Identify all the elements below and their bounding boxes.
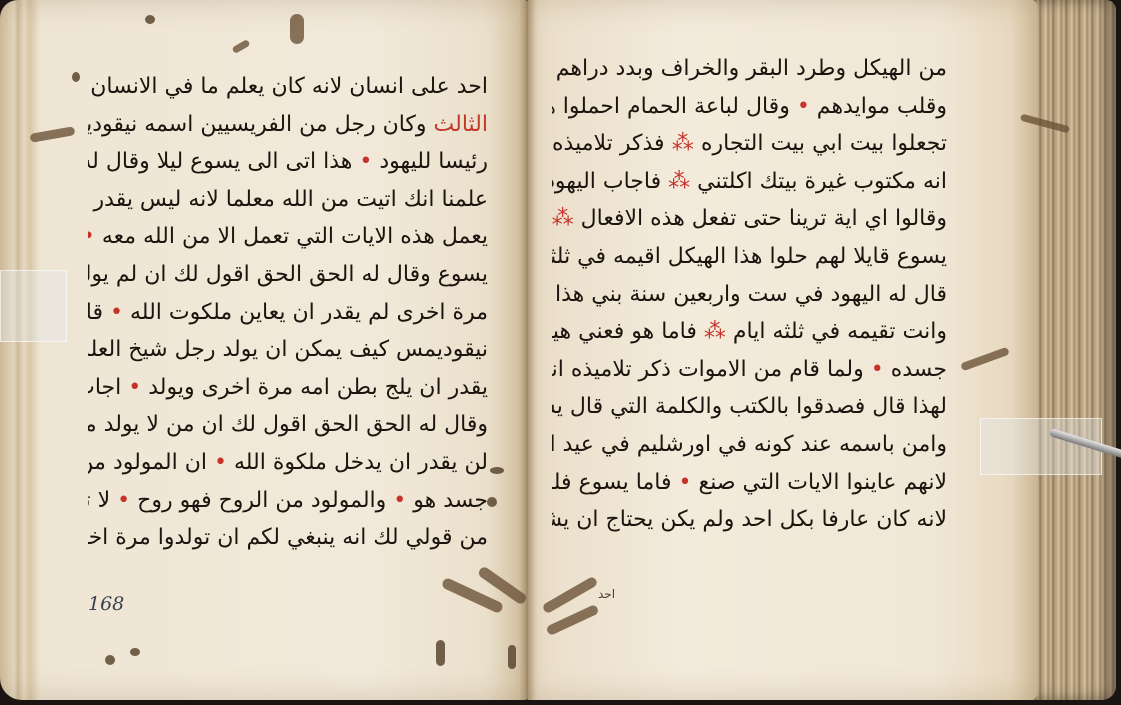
text-line: رئيسا لليهود • هذا اتى الى يسوع ليلا وقا… — [88, 143, 488, 181]
text-line: لن يقدر ان يدخل ملكوة الله • ان المولود … — [88, 444, 488, 482]
transparent-tab-left — [0, 270, 67, 342]
text-line: جسده • ولما قام من الاموات ذكر تلاميذه ا… — [552, 351, 947, 389]
wormhole — [72, 72, 80, 82]
verse-marker: • — [117, 488, 130, 513]
wormhole — [490, 467, 504, 474]
verse-marker: • — [214, 450, 227, 475]
verse-marker: ⁂ — [704, 319, 726, 344]
text-line: وانت تقيمه في ثلثه ايام ⁂ فاما هو فعني ه… — [552, 313, 947, 351]
verse-marker: • — [393, 488, 406, 513]
text-line: يسوع وقال له الحق الحق اقول لك ان لم يول… — [88, 256, 488, 294]
text-line: من الهيكل وطرد البقر والخراف وبدد دراهم … — [552, 50, 947, 88]
text-line: قال له اليهود في ست واربعين سنة بني هذا … — [552, 276, 947, 314]
verse-marker: • — [128, 375, 141, 400]
verse-marker: • — [679, 470, 692, 495]
text-line: يسوع قايلا لهم حلوا هذا الهيكل اقيمه في … — [552, 238, 947, 276]
right-page-text: من الهيكل وطرد البقر والخراف وبدد دراهم … — [552, 50, 947, 539]
verse-marker: • — [797, 94, 810, 119]
text-line: يقدر ان يلج بطن امه مرة اخرى ويولد • اجا… — [88, 369, 488, 407]
text-line: تجعلوا بيت ابي بيت التجاره ⁂ فذكر تلاميذ… — [552, 125, 947, 163]
text-line: وامن باسمه عند كونه في اورشليم في عيد ال… — [552, 426, 947, 464]
text-line: يعمل هذه الايات التي تعمل الا من الله مع… — [88, 218, 488, 256]
text-line: لانه كان عارفا بكل احد ولم يكن يحتاج ان … — [552, 501, 947, 539]
verse-marker: ⁂ — [668, 169, 690, 194]
left-page-text: احد على انسان لانه كان يعلم ما في الانسا… — [88, 68, 488, 557]
manuscript-spread: احد على انسان لانه كان يعلم ما في الانسا… — [0, 0, 1121, 705]
wormhole — [130, 648, 140, 656]
text-line: وقالوا اي اية ترينا حتى تفعل هذه الافعال… — [552, 200, 947, 238]
text-line: من قولي لك انه ينبغي لكم ان تولدوا مرة ا… — [88, 519, 488, 557]
text-line: لانهم عاينوا الايات التي صنع • فاما يسوع… — [552, 464, 947, 502]
text-line: وقلب موايدهم • وقال لباعة الحمام احملوا … — [552, 88, 947, 126]
folio-number: 168 — [88, 593, 124, 615]
verse-marker: ⁂ — [672, 131, 694, 156]
text-line: مرة اخرى لم يقدر ان يعاين ملكوت الله • ق… — [88, 294, 488, 332]
text-line: جسد هو • والمولود من الروح فهو روح • لا … — [88, 482, 488, 520]
text-line: نيقوديمس كيف يمكن ان يولد رجل شيخ العله — [88, 331, 488, 369]
text-line: انه مكتوب غيرة بيتك اكلتني ⁂ فاجاب اليهو… — [552, 163, 947, 201]
fore-edge-pages — [1030, 0, 1116, 700]
wormhole — [105, 655, 115, 665]
wormhole — [145, 15, 155, 24]
verse-marker: • — [871, 357, 884, 382]
catchword: احد — [598, 587, 615, 601]
worm-damage — [290, 14, 304, 44]
text-line: علمنا انك اتيت من الله معلما لانه ليس يق… — [88, 181, 488, 219]
wormhole — [487, 497, 497, 507]
verse-marker: • — [88, 224, 95, 249]
verse-marker: • — [110, 300, 123, 325]
rubric-heading: الثالث — [434, 112, 488, 137]
text-line: لهذا قال فصدقوا بالكتب والكلمة التي قال … — [552, 388, 947, 426]
wormhole — [508, 645, 516, 669]
text-line: احد على انسان لانه كان يعلم ما في الانسا… — [88, 68, 488, 106]
text-line: وقال له الحق الحق اقول لك ان من لا يولد … — [88, 406, 488, 444]
verse-marker: ⁂ — [552, 206, 574, 231]
verse-marker: • — [359, 149, 372, 174]
wormhole — [436, 640, 445, 666]
text-line: الثالث وكان رجل من الفريسيين اسمه نيقودي… — [88, 106, 488, 144]
